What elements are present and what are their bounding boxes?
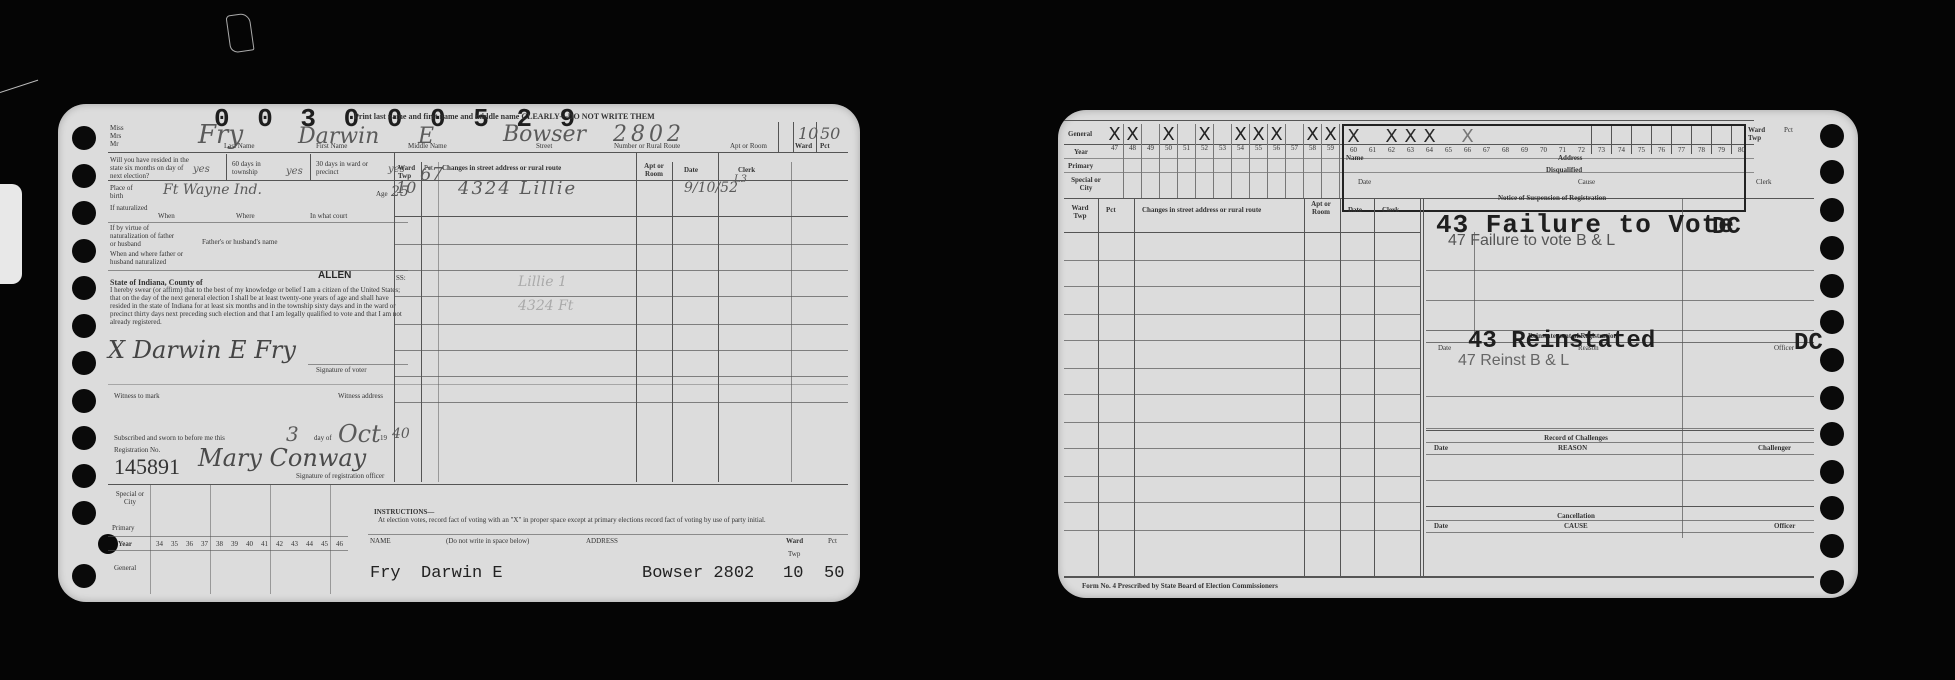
vote-x-mark: X (1160, 124, 1177, 144)
back-years-left: X47 X48 49 X50 51 X52 53 X54 X55 X56 57 … (1106, 124, 1340, 198)
front-change-row-address: 4324 Lillie (458, 178, 577, 199)
year-column: 70 (1534, 126, 1553, 154)
year-column: X60 (1344, 126, 1363, 154)
vote-x-mark (1439, 126, 1458, 146)
place-of-birth-label: Place of birth (110, 184, 146, 200)
challenges-header-date: Date (1434, 444, 1448, 452)
voter-signature: X Darwin E Fry (108, 336, 296, 364)
cancellation-title: Cancellation (1426, 512, 1726, 520)
year-column: 76 (1651, 126, 1671, 154)
front-change-row-clerk: L3 (734, 174, 747, 185)
punch-hole-icon (72, 564, 96, 588)
oath-ss: SS: (396, 274, 406, 282)
punch-hole-icon (1820, 124, 1844, 148)
oath-county: ALLEN (318, 270, 351, 281)
year-cell: 36 (182, 540, 197, 548)
vote-x-mark (1363, 126, 1382, 146)
registration-card-back: General Year Primary Special or City X47… (1058, 110, 1858, 598)
cancellation-header-date: Date (1434, 522, 1448, 530)
footer-address-label: ADDRESS (586, 537, 618, 545)
back-changes-header-clerk: Clerk (1382, 206, 1399, 214)
faint-note: Lillie 1 (518, 274, 567, 290)
subscribed-label: Subscribed and sworn to before me this (114, 434, 225, 442)
year-cell: 35 (167, 540, 182, 548)
vr-label-general: General (114, 564, 136, 572)
punch-hole-icon (1820, 460, 1844, 484)
year-cell: 34 (152, 540, 167, 548)
registration-number-label: Registration No. (114, 446, 160, 454)
year-column: 67 (1477, 126, 1496, 154)
punch-hole-icon (72, 201, 96, 225)
label-first-name: First Name (316, 142, 347, 150)
father-name-label: Father's or husband's name (202, 238, 277, 246)
vote-x-mark: X (1401, 126, 1420, 146)
box-label-address: Address (1558, 154, 1582, 162)
vr-label-primary: Primary (112, 524, 135, 532)
adjacent-card-edge (0, 184, 22, 284)
front-change-row-ward: 10 (396, 178, 416, 197)
cancellation-header-officer: Officer (1774, 522, 1795, 530)
cancellation-header-cause: CAUSE (1564, 522, 1588, 530)
year-column: 65 (1439, 126, 1458, 154)
box-label-ward-twp: Ward Twp (1748, 126, 1772, 142)
back-vr-label-year: Year (1074, 148, 1088, 156)
year-column: 68 (1496, 126, 1515, 154)
front-change-row-pct: 67 (420, 164, 443, 185)
back-vr-label-primary: Primary (1068, 162, 1093, 170)
year-column: X54 (1232, 124, 1250, 198)
reinstatement-date-label: Date (1438, 344, 1451, 352)
witness-address: Witness address (338, 392, 383, 400)
footer-name-label: NAME (370, 537, 391, 545)
vote-x-mark: X (1304, 124, 1321, 144)
oath-text: I hereby swear (or affirm) that to the b… (110, 286, 410, 326)
title-mr: Mr (110, 140, 150, 148)
year-column: X64 (1420, 126, 1439, 154)
punch-hole-icon (1820, 496, 1844, 520)
voter-signature-label: Signature of voter (316, 366, 367, 374)
year-cell: 38 (212, 540, 227, 548)
back-changes-header-apt: Apt or Room (1306, 200, 1336, 216)
title-labels: Miss Mrs Mr (110, 124, 150, 148)
footer-twp-label: Twp (788, 550, 800, 558)
vote-x-mark: X (1106, 124, 1123, 144)
naturalized-label: If naturalized (110, 204, 150, 212)
punch-hole-icon (72, 276, 96, 300)
front-changes-header-address: Changes in street address or rural route (442, 164, 561, 172)
failure-stamp-2: 47 Failure to vote B & L (1448, 232, 1615, 250)
vote-x-mark: X (1458, 126, 1477, 146)
reinstate-stamp-2: 47 Reinst B & L (1458, 352, 1569, 370)
year-cell: 44 (302, 540, 317, 548)
punch-hole-icon (72, 389, 96, 413)
residence-state-answer: yes (193, 164, 210, 175)
instructions-title: INSTRUCTIONS— (374, 508, 434, 516)
punch-hole-icon (72, 464, 96, 488)
year-column: 77 (1671, 126, 1691, 154)
vote-x-mark: X (1382, 126, 1401, 146)
year-column: 78 (1691, 126, 1711, 154)
subscribed-year-prefix: 19 (380, 434, 387, 442)
naturalized-where: Where (236, 212, 255, 220)
back-changes-header-pct: Pct (1106, 206, 1116, 214)
back-vr-label-special: Special or City (1066, 176, 1106, 192)
label-ward: Ward (795, 142, 812, 150)
back-changes-header-date: Date (1348, 206, 1362, 214)
title-mrs: Mrs (110, 132, 150, 140)
front-year-row: 34 35 36 37 38 39 40 41 42 43 44 45 46 (152, 540, 347, 548)
box-label-pct: Pct (1784, 126, 1793, 134)
year-column: 72 (1572, 126, 1591, 154)
naturalized-when: When (158, 212, 175, 220)
year-column: X48 (1124, 124, 1142, 198)
header-instruction: Print last name and first name and middl… (354, 112, 655, 121)
year-column: X50 (1160, 124, 1178, 198)
father-naturalized-label: When and where father or husband natural… (110, 250, 190, 266)
vote-x-mark: X (1196, 124, 1213, 144)
year-cell: 43 (287, 540, 302, 548)
typed-address: Bowser 2802 (642, 564, 754, 583)
year-column: 73 (1591, 126, 1611, 154)
vote-x-mark: X (1124, 124, 1141, 144)
year-cell: 46 (332, 540, 347, 548)
year-column: 51 (1178, 124, 1196, 198)
punch-hole-icon (1820, 422, 1844, 446)
reinstate-stamp-1: 43 Reinstated (1468, 328, 1655, 355)
year-column: X55 (1250, 124, 1268, 198)
residence-township-answer: yes (286, 166, 303, 177)
vote-x-mark: X (1250, 124, 1267, 144)
year-cell: 42 (272, 540, 287, 548)
residence-ward-question: 30 days in ward or precinct (316, 160, 386, 176)
instructions-text: At election votes, record fact of voting… (378, 516, 778, 524)
front-changes-header-apt: Apt or Room (640, 162, 668, 178)
registration-number: 145891 (114, 454, 180, 480)
vote-x-mark: X (1268, 124, 1285, 144)
witness-to-mark: Witness to mark (114, 392, 160, 400)
label-last-name: Last Name (224, 142, 255, 150)
scan-artifact (0, 80, 38, 93)
challenges-header-challenger: Challenger (1758, 444, 1791, 452)
footer-ward-label: Ward (786, 537, 803, 545)
punch-hole-icon (72, 314, 96, 338)
back-changes-header-ward: Ward Twp (1068, 204, 1092, 220)
vote-x-mark: X (1322, 124, 1339, 144)
punch-hole-icon (1820, 570, 1844, 594)
year-column: X47 (1106, 124, 1124, 198)
subscribed-day-label: day of (314, 434, 332, 442)
vote-x-mark (1178, 124, 1195, 144)
vote-x-mark: X (1344, 126, 1363, 146)
faint-note: 4324 Ft (518, 298, 573, 314)
punch-hole-icon (98, 534, 118, 554)
punch-hole-icon (72, 164, 96, 188)
year-column: 69 (1515, 126, 1534, 154)
naturalized-by-virtue: If by virtue of naturalization of father… (110, 224, 180, 248)
vote-x-mark: X (1232, 124, 1249, 144)
typed-pct: 50 (824, 564, 844, 583)
back-years-right: X60 61 X62 X63 X64 65 X66 67 68 69 70 71… (1344, 126, 1751, 154)
vote-x-mark: X (1420, 126, 1439, 146)
scan-artifact (225, 13, 254, 54)
year-column: 74 (1611, 126, 1631, 154)
box-label-clerk: Clerk (1756, 178, 1772, 186)
label-pct: Pct (820, 142, 830, 150)
naturalized-court: In what court (310, 212, 347, 220)
front-changes-header-clerk: Clerk (738, 166, 755, 174)
label-street: Street (536, 142, 552, 150)
punch-hole-icon (1820, 386, 1844, 410)
year-column: 75 (1631, 126, 1651, 154)
year-column: X56 (1268, 124, 1286, 198)
vr-label-year: Year (118, 540, 132, 548)
year-column: 71 (1553, 126, 1572, 154)
year-cell: 39 (227, 540, 242, 548)
challenges-title: Record of Challenges (1426, 434, 1726, 442)
residence-township-question: 60 days in township (232, 160, 282, 176)
box-label-date: Date (1358, 178, 1371, 186)
label-apt: Apt or Room (730, 142, 767, 150)
form-footer: Form No. 4 Prescribed by State Board of … (1082, 582, 1278, 590)
punch-hole-icon (1820, 348, 1844, 372)
box-label-disqualified: Disqualified (1546, 166, 1582, 174)
vote-x-mark (1142, 124, 1159, 144)
punch-hole-icon (1820, 274, 1844, 298)
year-column: X62 (1382, 126, 1401, 154)
residence-state-question: Will you have resided in the state six m… (110, 156, 190, 180)
year-column: 57 (1286, 124, 1304, 198)
age-label: Age (376, 190, 388, 198)
punch-hole-icon (1820, 160, 1844, 184)
punch-hole-icon (72, 126, 96, 150)
typed-ward: 10 (783, 564, 803, 583)
year-column: X58 (1304, 124, 1322, 198)
year-column: X63 (1401, 126, 1420, 154)
registration-officer-signature: Mary Conway (198, 444, 366, 472)
title-miss: Miss (110, 124, 150, 132)
registration-officer-label: Signature of registration officer (296, 472, 384, 480)
punch-hole-icon (1820, 236, 1844, 260)
reinstatement-officer-label: Officer (1774, 344, 1794, 352)
typed-name: Fry Darwin E (370, 564, 503, 583)
footer-pct-label: Pct (828, 537, 837, 545)
reinstate-stamp-1-officer: DC (1794, 330, 1823, 357)
vr-label-special: Special or City (112, 490, 148, 506)
box-label-name: Name (1346, 154, 1364, 162)
back-changes-header-address: Changes in street address or rural route (1142, 206, 1261, 214)
punch-hole-icon (72, 426, 96, 450)
punch-hole-icon (1820, 198, 1844, 222)
vote-x-mark (1286, 124, 1303, 144)
year-column: 61 (1363, 126, 1382, 154)
year-column: X59 (1322, 124, 1340, 198)
label-middle-name: Middle Name (408, 142, 447, 150)
box-label-cause: Cause (1578, 178, 1595, 186)
failure-stamp-1-officer: DC (1712, 214, 1741, 241)
vote-x-mark (1214, 124, 1231, 144)
footer-do-not-write: (Do not write in space below) (446, 537, 529, 545)
year-cell: 40 (242, 540, 257, 548)
punch-hole-icon (72, 351, 96, 375)
year-column: 49 (1142, 124, 1160, 198)
punch-hole-icon (1820, 310, 1844, 334)
year-column: X52 (1196, 124, 1214, 198)
punch-hole-icon (72, 501, 96, 525)
suspension-header: Notice of Suspension of Registration (1498, 194, 1606, 202)
year-column: 79 (1711, 126, 1731, 154)
year-column: 53 (1214, 124, 1232, 198)
label-number: Number or Rural Route (614, 142, 680, 150)
challenges-header-reason: REASON (1558, 444, 1587, 452)
subscribed-day: 3 (286, 422, 299, 446)
registration-card-front: 0 0 3 0 0 0 5 2 9 Print last name and fi… (58, 104, 860, 602)
place-of-birth-value: Ft Wayne Ind. (163, 182, 262, 198)
front-changes-header-date: Date (684, 166, 698, 174)
punch-hole-icon (1820, 534, 1844, 558)
front-change-row-date: 9/10/52 (684, 180, 738, 196)
pct-value: 50 (820, 124, 840, 143)
back-vr-label-general: General (1068, 130, 1092, 138)
punch-hole-icon (72, 239, 96, 263)
year-column: X66 (1458, 126, 1477, 154)
